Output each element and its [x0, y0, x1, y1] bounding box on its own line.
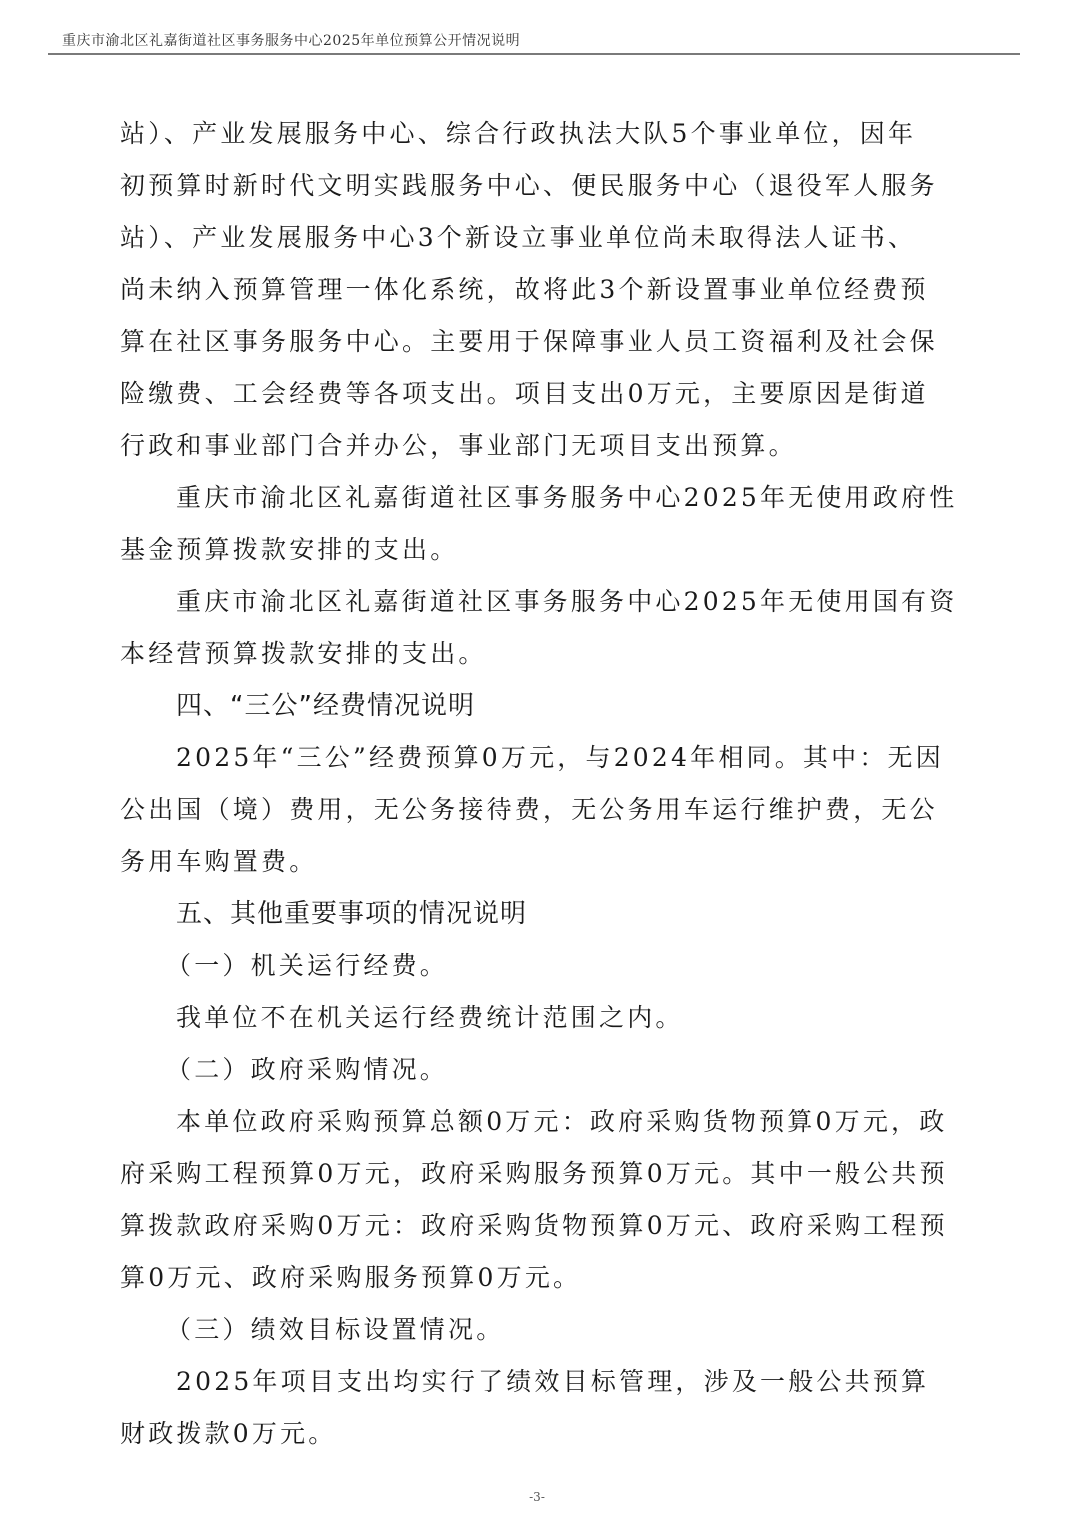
- paragraph-line: 本单位政府采购预算总额0万元：政府采购货物预算0万元，政: [120, 1096, 960, 1148]
- paragraph-line: 本经营预算拨款安排的支出。: [120, 628, 960, 680]
- running-header: 重庆市渝北区礼嘉街道社区事务服务中心2025年单位预算公开情况说明: [62, 30, 520, 50]
- subsection-heading-1: （一）机关运行经费。: [120, 940, 960, 992]
- document-body: 站）、产业发展服务中心、综合行政执法大队5个事业单位，因年 初预算时新时代文明实…: [120, 108, 960, 1460]
- section-heading-4: 四、“三公”经费情况说明: [120, 680, 960, 732]
- paragraph-line: 算0万元、政府采购服务预算0万元。: [120, 1252, 960, 1304]
- section-heading-5: 五、其他重要事项的情况说明: [120, 888, 960, 940]
- subsection-heading-2: （二）政府采购情况。: [120, 1044, 960, 1096]
- paragraph-line: 公出国（境）费用，无公务接待费，无公务用车运行维护费，无公: [120, 784, 960, 836]
- paragraph-line: 尚未纳入预算管理一体化系统，故将此3个新设置事业单位经费预: [120, 264, 960, 316]
- paragraph-line: 行政和事业部门合并办公，事业部门无项目支出预算。: [120, 420, 960, 472]
- paragraph-line: 基金预算拨款安排的支出。: [120, 524, 960, 576]
- page-number: -3-: [0, 1490, 1074, 1504]
- paragraph-line: 重庆市渝北区礼嘉街道社区事务服务中心2025年无使用政府性: [120, 472, 960, 524]
- paragraph-line: 2025年“三公”经费预算0万元，与2024年相同。其中：无因: [120, 732, 960, 784]
- paragraph-line: 站）、产业发展服务中心、综合行政执法大队5个事业单位，因年: [120, 108, 960, 160]
- paragraph-line: 算拨款政府采购0万元：政府采购货物预算0万元、政府采购工程预: [120, 1200, 960, 1252]
- paragraph-line: 算在社区事务服务中心。主要用于保障事业人员工资福利及社会保: [120, 316, 960, 368]
- paragraph-line: 府采购工程预算0万元，政府采购服务预算0万元。其中一般公共预: [120, 1148, 960, 1200]
- paragraph-line: 重庆市渝北区礼嘉街道社区事务服务中心2025年无使用国有资: [120, 576, 960, 628]
- paragraph-line: 财政拨款0万元。: [120, 1408, 960, 1460]
- paragraph-line: 务用车购置费。: [120, 836, 960, 888]
- paragraph-line: 我单位不在机关运行经费统计范围之内。: [120, 992, 960, 1044]
- subsection-heading-3: （三）绩效目标设置情况。: [120, 1304, 960, 1356]
- paragraph-line: 险缴费、工会经费等各项支出。项目支出0万元，主要原因是街道: [120, 368, 960, 420]
- header-divider: [48, 53, 1020, 55]
- paragraph-line: 2025年项目支出均实行了绩效目标管理，涉及一般公共预算: [120, 1356, 960, 1408]
- paragraph-line: 站）、产业发展服务中心3个新设立事业单位尚未取得法人证书、: [120, 212, 960, 264]
- paragraph-line: 初预算时新时代文明实践服务中心、便民服务中心（退役军人服务: [120, 160, 960, 212]
